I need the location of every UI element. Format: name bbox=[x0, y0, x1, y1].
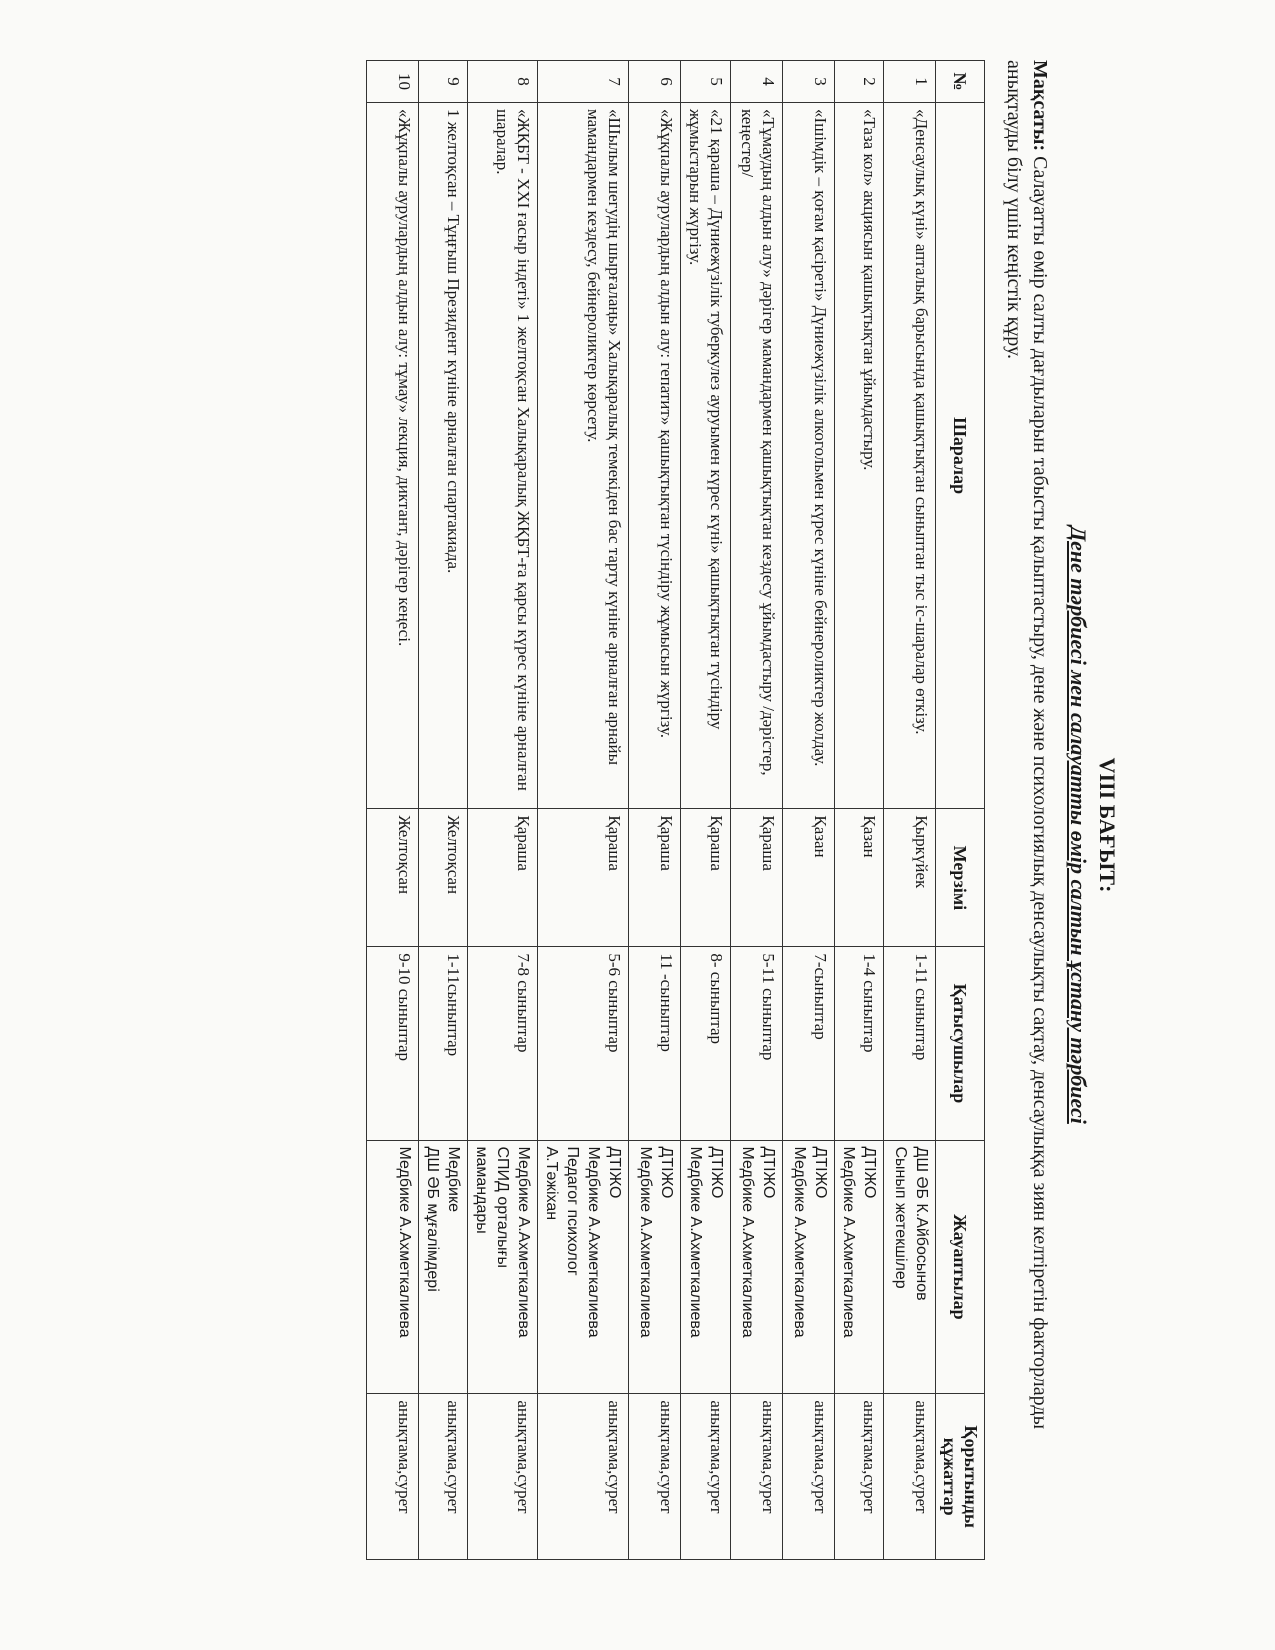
event-cell: «Таза кол» акциясын қашықтықтан ұйымдаст… bbox=[835, 102, 884, 808]
documents-cell: анықтама,сурет bbox=[419, 1394, 468, 1560]
responsible-cell: ДТІЖО Медбике А.Ахметкалиева Педагог пси… bbox=[538, 1140, 629, 1394]
responsible-cell: ДШ ӘБ К.Айбосынов Сынып жетекшілер bbox=[884, 1140, 936, 1394]
participants-cell: 7-8 сыныптар bbox=[468, 947, 538, 1140]
participants-cell: 11 -сыныптар bbox=[629, 947, 681, 1140]
date-cell: Қараша bbox=[538, 809, 629, 947]
table-row: 91 желтоқсан – Тұңғыш Президент күніне а… bbox=[419, 61, 468, 1560]
row-number: 7 bbox=[538, 61, 629, 103]
header-documents: Қорытынды құжаттар bbox=[936, 1394, 985, 1560]
event-cell: «Жұқпалы аурулардың алдын алу: тұмау» ле… bbox=[367, 102, 419, 808]
responsible-cell: Медбике А.Ахметкалиева bbox=[367, 1140, 419, 1394]
responsible-cell: ДТІЖО Медбике А.Ахметкалиева bbox=[835, 1140, 884, 1394]
responsible-cell: Медбике ДШ ӘБ мұғалімдері bbox=[419, 1140, 468, 1394]
participants-cell: 7-сыныптар bbox=[783, 947, 835, 1140]
date-cell: Қараша bbox=[681, 809, 731, 947]
section-subtitle: Дене тәрбиесі мен салауатты өмір салтын … bbox=[1065, 0, 1091, 1650]
goal-label: Мақсаты: bbox=[1029, 60, 1051, 151]
event-cell: «Жұқпалы аурулардың алдын алу: гепатит» … bbox=[629, 102, 681, 808]
row-number: 5 bbox=[681, 61, 731, 103]
participants-cell: 1-4 сыныптар bbox=[835, 947, 884, 1140]
table-row: 1«Денсаулық күні» апталық барысында қашы… bbox=[884, 61, 936, 1560]
documents-cell: анықтама,сурет bbox=[731, 1394, 783, 1560]
row-number: 10 bbox=[367, 61, 419, 103]
row-number: 2 bbox=[835, 61, 884, 103]
event-cell: «ЖҚБТ - XXI ғасыр індеті» 1 желтоқсан Ха… bbox=[468, 102, 538, 808]
date-cell: Қараша bbox=[731, 809, 783, 947]
documents-cell: анықтама,сурет bbox=[367, 1394, 419, 1560]
event-cell: «21 қараша – Дүниежүзілік туберкулез аур… bbox=[681, 102, 731, 808]
table-row: 5«21 қараша – Дүниежүзілік туберкулез ау… bbox=[681, 61, 731, 1560]
table-row: 3«Ішімдік – қоғам қасіреті» Дүниежүзілік… bbox=[783, 61, 835, 1560]
header-when: Мерзімі bbox=[936, 809, 985, 947]
table-row: 10«Жұқпалы аурулардың алдын алу: тұмау» … bbox=[367, 61, 419, 1560]
documents-cell: анықтама,сурет bbox=[835, 1394, 884, 1560]
row-number: 1 bbox=[884, 61, 936, 103]
section-title: VIII БАҒЫТ: bbox=[1094, 0, 1120, 1650]
table-row: 7«Шылым шегудің шырғалаңы» Халықаралық т… bbox=[538, 61, 629, 1560]
responsible-cell: ДТІЖО Медбике А.Ахметкалиева bbox=[783, 1140, 835, 1394]
table-header-row: № Шаралар Мерзімі Қатысушылар Жауаптылар… bbox=[936, 61, 985, 1560]
documents-cell: анықтама,сурет bbox=[783, 1394, 835, 1560]
responsible-cell: Медбике А.Ахметкалиева СПИД орталығы мам… bbox=[468, 1140, 538, 1394]
event-cell: 1 желтоқсан – Тұңғыш Президент күніне ар… bbox=[419, 102, 468, 808]
header-event: Шаралар bbox=[936, 102, 985, 808]
participants-cell: 8- сыныптар bbox=[681, 947, 731, 1140]
date-cell: Желтоқсан bbox=[419, 809, 468, 947]
date-cell: Қараша bbox=[629, 809, 681, 947]
row-number: 8 bbox=[468, 61, 538, 103]
date-cell: Қазан bbox=[783, 809, 835, 947]
documents-cell: анықтама,сурет bbox=[629, 1394, 681, 1560]
responsible-cell: ДТІЖО Медбике А.Ахметкалиева bbox=[629, 1140, 681, 1394]
date-cell: Желтоқсан bbox=[367, 809, 419, 947]
date-cell: Қыркүйек bbox=[884, 809, 936, 947]
row-number: 4 bbox=[731, 61, 783, 103]
documents-cell: анықтама,сурет bbox=[468, 1394, 538, 1560]
table-row: 6«Жұқпалы аурулардың алдын алу: гепатит»… bbox=[629, 61, 681, 1560]
event-cell: «Денсаулық күні» апталық барысында қашық… bbox=[884, 102, 936, 808]
goal-paragraph: Мақсаты: Салауатты өмір салты дағдыларын… bbox=[1001, 60, 1053, 1480]
table-row: 4«Тұмаудың алдын алу» дәрігер мамандарме… bbox=[731, 61, 783, 1560]
events-table: № Шаралар Мерзімі Қатысушылар Жауаптылар… bbox=[366, 60, 985, 1560]
row-number: 3 bbox=[783, 61, 835, 103]
documents-cell: анықтама,сурет bbox=[884, 1394, 936, 1560]
row-number: 9 bbox=[419, 61, 468, 103]
documents-cell: анықтама,сурет bbox=[681, 1394, 731, 1560]
date-cell: Қазан bbox=[835, 809, 884, 947]
header-participants: Қатысушылар bbox=[936, 947, 985, 1140]
document-page: VIII БАҒЫТ: Дене тәрбиесі мен салауатты … bbox=[0, 0, 1275, 1650]
table-row: 8«ЖҚБТ - XXI ғасыр індеті» 1 желтоқсан Х… bbox=[468, 61, 538, 1560]
responsible-cell: ДТІЖО Медбике А.Ахметкалиева bbox=[731, 1140, 783, 1394]
event-cell: «Тұмаудың алдын алу» дәрігер мамандармен… bbox=[731, 102, 783, 808]
responsible-cell: ДТІЖО Медбике А.Ахметкалиева bbox=[681, 1140, 731, 1394]
goal-text: Салауатты өмір салты дағдыларын табысты … bbox=[1003, 60, 1051, 1429]
header-responsible: Жауаптылар bbox=[936, 1140, 985, 1394]
participants-cell: 5-11 сыныптар bbox=[731, 947, 783, 1140]
participants-cell: 9-10 сыныптар bbox=[367, 947, 419, 1140]
participants-cell: 1-11 сыныптар bbox=[884, 947, 936, 1140]
table-row: 2«Таза кол» акциясын қашықтықтан ұйымдас… bbox=[835, 61, 884, 1560]
documents-cell: анықтама,сурет bbox=[538, 1394, 629, 1560]
row-number: 6 bbox=[629, 61, 681, 103]
event-cell: «Ішімдік – қоғам қасіреті» Дүниежүзілік … bbox=[783, 102, 835, 808]
date-cell: Қараша bbox=[468, 809, 538, 947]
event-cell: «Шылым шегудің шырғалаңы» Халықаралық те… bbox=[538, 102, 629, 808]
participants-cell: 5-6 сыныптар bbox=[538, 947, 629, 1140]
participants-cell: 1-11сыныптар bbox=[419, 947, 468, 1140]
header-num: № bbox=[936, 61, 985, 103]
